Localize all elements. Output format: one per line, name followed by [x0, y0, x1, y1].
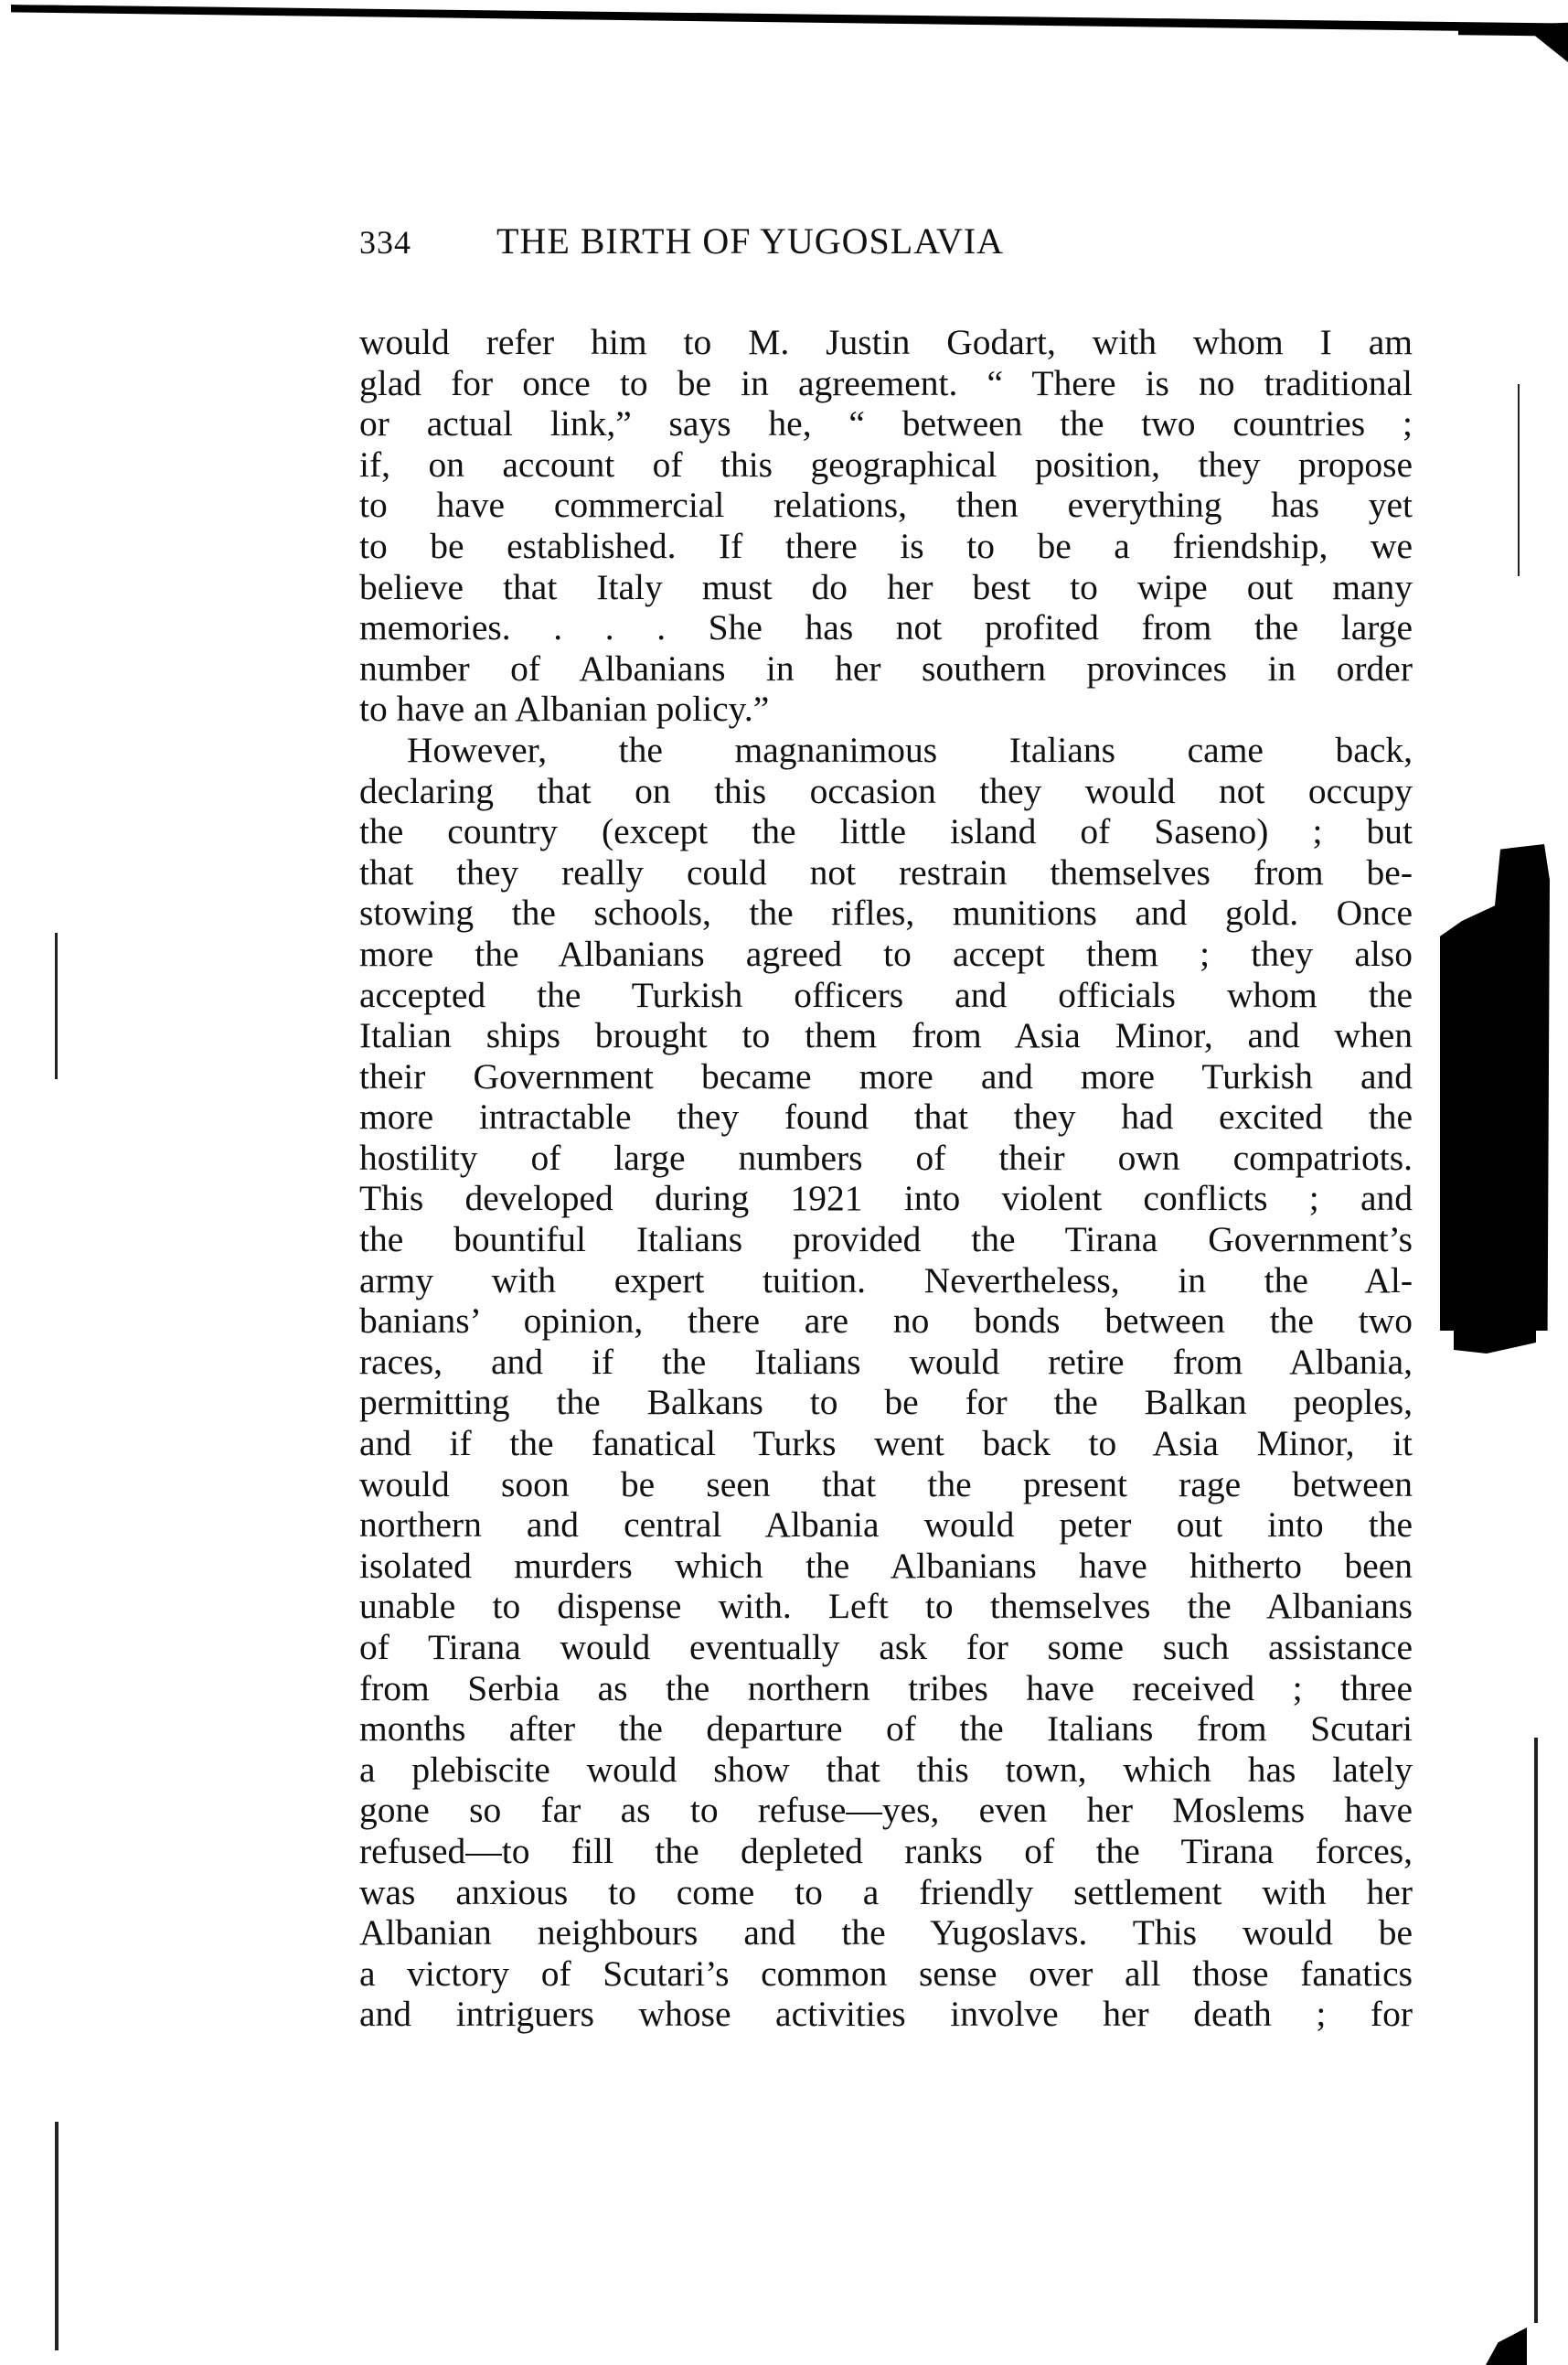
scan-margin-mark-left-bottom	[55, 2122, 59, 2350]
text-line: gone so far as to refuse—yes, even her M…	[359, 1790, 1413, 1831]
scan-margin-mark-left	[55, 933, 58, 1079]
text-line: months after the departure of the Italia…	[359, 1708, 1413, 1750]
text-line: refused—to fill the depleted ranks of th…	[359, 1831, 1413, 1872]
text-line: Italian ships brought to them from Asia …	[359, 1015, 1413, 1056]
text-line: their Government became more and more Tu…	[359, 1056, 1413, 1097]
text-line: more intractable they found that they ha…	[359, 1097, 1413, 1138]
text-line: was anxious to come to a friendly settle…	[359, 1872, 1413, 1913]
text-line: permitting the Balkans to be for the Bal…	[359, 1382, 1413, 1423]
text-line: isolated murders which the Albanians hav…	[359, 1546, 1413, 1587]
text-line: a plebiscite would show that this town, …	[359, 1750, 1413, 1791]
text-line: hostility of large numbers of their own …	[359, 1138, 1413, 1179]
text-line: to be established. If there is to be a f…	[359, 526, 1413, 567]
text-line: memories. . . . She has not profited fro…	[359, 607, 1413, 648]
scan-margin-mark-right	[1518, 384, 1520, 576]
text-line: more the Albanians agreed to accept them…	[359, 934, 1413, 975]
text-line: glad for once to be in agreement. “ Ther…	[359, 363, 1413, 404]
text-line: the bountiful Italians provided the Tira…	[359, 1219, 1413, 1260]
text-line: or actual link,” says he, “ between the …	[359, 403, 1413, 444]
text-line: and if the fanatical Turks went back to …	[359, 1423, 1413, 1464]
scan-shadow-right-margin-lower	[1454, 1317, 1536, 1354]
running-title: THE BIRTH OF YUGOSLAVIA	[496, 219, 1004, 262]
text-line: of Tirana would eventually ask for some …	[359, 1627, 1413, 1668]
text-line: would refer him to M. Justin Godart, wit…	[359, 322, 1413, 363]
text-line: a victory of Scutari’s common sense over…	[359, 1953, 1413, 1995]
text-line: Albanian neighbours and the Yugoslavs. T…	[359, 1912, 1413, 1953]
scan-edge-shadow-top	[11, 5, 1565, 32]
text-line: accepted the Turkish officers and offici…	[359, 975, 1413, 1016]
text-line: to have commercial relations, then every…	[359, 485, 1413, 526]
text-line: if, on account of this geographical posi…	[359, 444, 1413, 486]
text-line: believe that Italy must do her best to w…	[359, 567, 1413, 608]
paragraph-1: would refer him to M. Justin Godart, wit…	[359, 322, 1413, 730]
text-line: This developed during 1921 into violent …	[359, 1178, 1413, 1219]
book-page: 334 THE BIRTH OF YUGOSLAVIA would refer …	[359, 219, 1420, 2035]
text-line: from Serbia as the northern tribes have …	[359, 1668, 1413, 1709]
text-line: northern and central Albania would peter…	[359, 1504, 1413, 1546]
text-line: the country (except the little island of…	[359, 811, 1413, 852]
text-line: that they really could not restrain them…	[359, 852, 1413, 894]
running-header: 334 THE BIRTH OF YUGOSLAVIA	[359, 219, 1420, 274]
text-line: declaring that on this occasion they wou…	[359, 771, 1413, 812]
body-text: would refer him to M. Justin Godart, wit…	[359, 322, 1413, 2035]
text-line: stowing the schools, the rifles, munitio…	[359, 893, 1413, 934]
text-line: unable to dispense with. Left to themsel…	[359, 1586, 1413, 1627]
text-line: to have an Albanian policy.”	[359, 689, 1413, 730]
text-line: and intriguers whose activities involve …	[359, 1994, 1413, 2035]
text-line: banians’ opinion, there are no bonds bet…	[359, 1300, 1413, 1342]
scan-margin-mark-right-bottom	[1534, 1738, 1538, 2323]
text-line: However, the magnanimous Italians came b…	[359, 730, 1413, 771]
text-line: would soon be seen that the present rage…	[359, 1464, 1413, 1505]
page-number: 334	[359, 223, 460, 262]
text-line: number of Albanians in her southern prov…	[359, 648, 1413, 690]
scan-shadow-right-margin	[1440, 819, 1550, 1331]
paragraph-2: However, the magnanimous Italians came b…	[359, 730, 1413, 2035]
scan-corner-bottom-right	[1486, 2328, 1527, 2365]
text-line: races, and if the Italians would retire …	[359, 1342, 1413, 1383]
text-line: army with expert tuition. Nevertheless, …	[359, 1260, 1413, 1301]
